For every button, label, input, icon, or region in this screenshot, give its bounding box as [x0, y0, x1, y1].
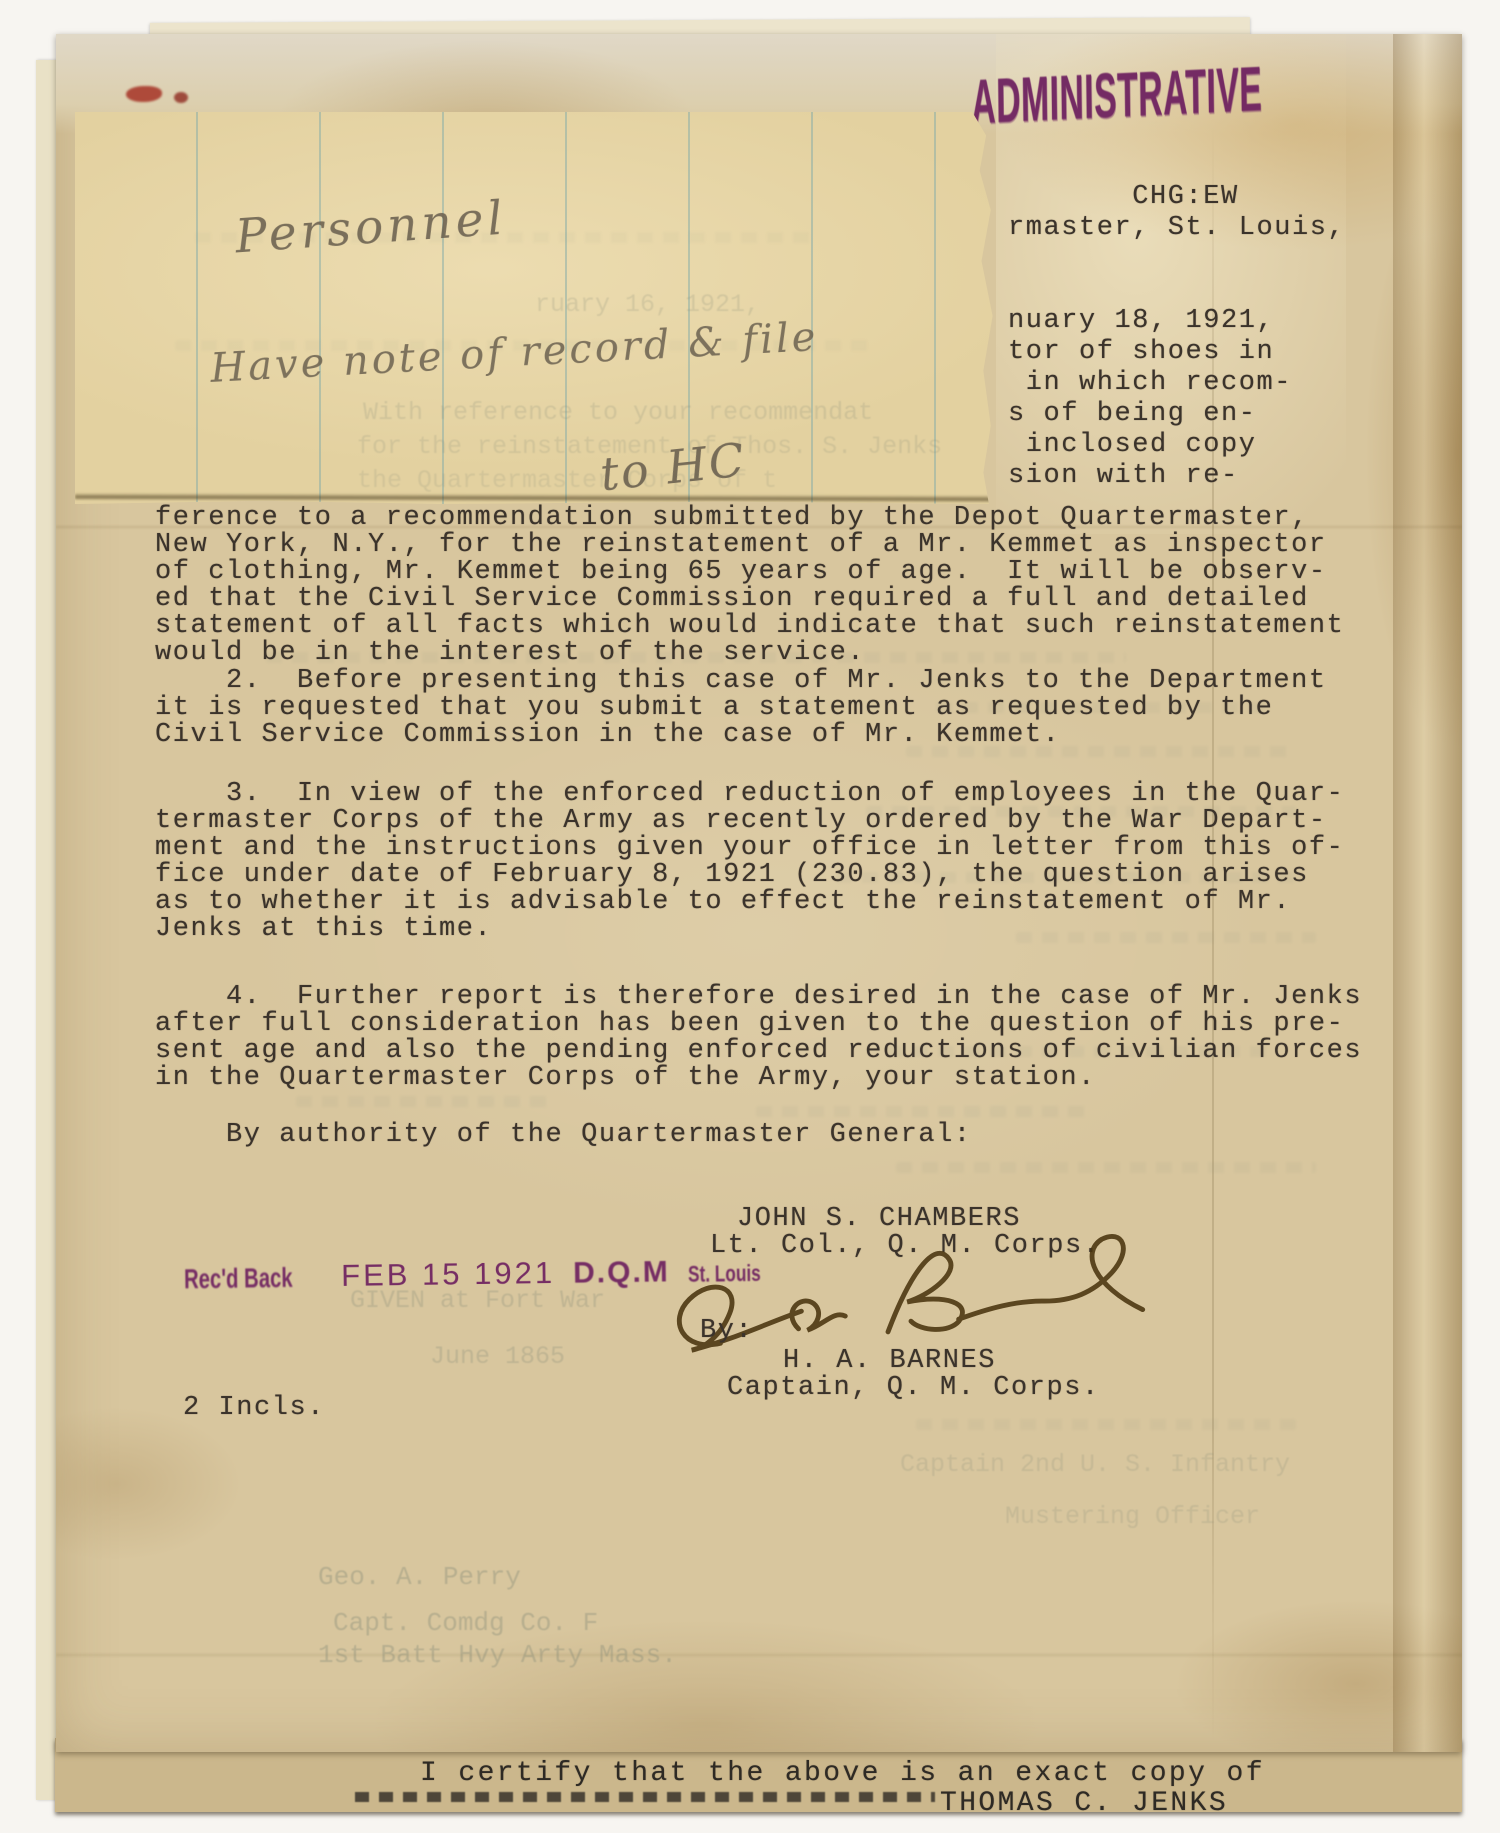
ghost-given-line: GIVEN at Fort War: [350, 1286, 605, 1315]
ghost-infantry-line: Captain 2nd U. S. Infantry: [900, 1450, 1290, 1479]
note-line-personnel: Personnel: [233, 191, 508, 265]
slip-ghost-line-2: With reference to your recommendat: [363, 398, 873, 427]
paragraph-2: 2. Before presenting this case of Mr. Je…: [155, 668, 1327, 749]
red-seal-mark-large: [126, 86, 162, 102]
ghost-mustering-line: Mustering Officer: [1005, 1502, 1260, 1531]
slip-torn-edge: [75, 493, 1000, 502]
ghost-row: [756, 1106, 1086, 1117]
paragraph-4: 4. Further report is therefore desired i…: [155, 984, 1362, 1092]
horizontal-crease-lower: [56, 1654, 1462, 1656]
ghost-row: [916, 1419, 1296, 1430]
pasted-note-slip: ruary 16, 1921, With reference to your r…: [75, 112, 1000, 504]
by-title: Captain, Q. M. Corps.: [727, 1375, 1100, 1402]
ghost-june-line: June 1865: [430, 1342, 565, 1371]
received-stamp-city: St. Louis: [688, 1261, 761, 1288]
ghost-row: [296, 1096, 556, 1107]
paragraph-1: ference to a recommendation submitted by…: [155, 505, 1344, 667]
ghost-perry-name: Geo. A. Perry: [318, 1562, 521, 1592]
certify-line: I certify that the above is an exact cop…: [420, 1758, 1265, 1789]
red-seal-mark-small: [174, 92, 188, 103]
note-line-record-file: Have note of record & file: [209, 314, 819, 392]
authority-line: By authority of the Quartermaster Genera…: [155, 1122, 972, 1149]
slip-ghost-line-1: ruary 16, 1921,: [535, 290, 760, 319]
ghost-row: [896, 1162, 1316, 1173]
by-name: H. A. BARNES: [783, 1348, 996, 1375]
enclosures-note: 2 Incls.: [183, 1395, 325, 1422]
right-fold-strip: [1393, 34, 1462, 1752]
by-label: By:: [700, 1318, 753, 1345]
paragraph-3: 3. In view of the enforced reduction of …: [155, 781, 1344, 943]
received-stamp-label: Rec'd Back: [184, 1262, 293, 1296]
administrative-stamp: ADMINISTRATIVE: [971, 53, 1263, 139]
ghost-perry-unit: 1st Batt Hvy Arty Mass.: [318, 1640, 677, 1670]
scanned-document-page: I certify that the above is an exact cop…: [0, 0, 1500, 1833]
letter-header-fragments: CHG:EW rmaster, St. Louis, nuary 18, 192…: [1008, 182, 1345, 492]
certify-name-fragment: THOMAS C. JENKS: [940, 1788, 1228, 1812]
certify-clipped-line-noise: [355, 1792, 935, 1802]
ghost-perry-rank: Capt. Comdg Co. F: [333, 1608, 598, 1638]
